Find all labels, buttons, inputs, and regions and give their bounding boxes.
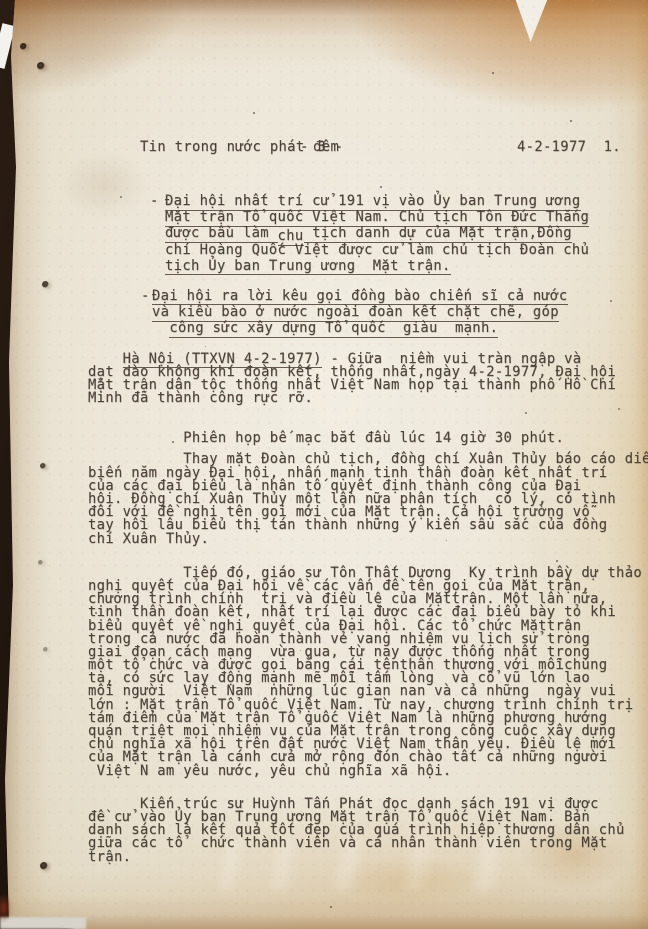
punch-hole	[40, 862, 48, 870]
photo-background: Tin trong nước phát đêm - 3 - 4-2-1977 1…	[0, 0, 648, 929]
document-date: 4-2-1977 1.	[517, 139, 621, 155]
ink-speck	[330, 906, 332, 908]
bullet-item: -Đại hội ra lời kêu gọi đồng bào chiến s…	[152, 288, 640, 337]
punch-hole	[40, 463, 46, 469]
paragraph: Thay mặt Đoàn chủ tịch, đồng chí Xuân Th…	[88, 453, 640, 545]
text-line: Đại hội nhất trí cử 191 vị vào Ủy ban Tr…	[165, 193, 640, 209]
document-page: Tin trong nước phát đêm - 3 - 4-2-1977 1…	[0, 0, 648, 929]
ink-speck	[253, 112, 255, 114]
punch-hole	[42, 281, 49, 288]
text-line: và kiều bào ở nước ngoài đoàn kết chặt c…	[152, 304, 640, 320]
edge-smudge	[0, 893, 12, 923]
text-line: Mặt trận Tổ quốc Việt Nam. Chủ tịch Tôn …	[165, 209, 640, 225]
text-line: Đại hội ra lời kêu gọi đồng bào chiến sĩ…	[152, 288, 640, 304]
page-number: - 3 -	[300, 139, 343, 155]
text-line: tịch Ủy ban Trung ương Mặt trận.	[165, 258, 640, 274]
punch-hole	[43, 647, 48, 652]
document-body: -Đại hội nhất trí cử 191 vị vào Ủy ban T…	[88, 193, 640, 864]
text-line: chí Xuân Thủy.	[88, 533, 640, 546]
text-line: được bầu làm chu tịch danh dự của Mặt tr…	[165, 225, 640, 241]
ink-speck	[492, 72, 494, 74]
paragraph: Tiếp đó, giáo sư Tôn Thất Dương Ky trình…	[88, 567, 640, 778]
typewritten-content: Tin trong nước phát đêm - 3 - 4-2-1977 1…	[88, 139, 640, 864]
text-line: trận.	[88, 851, 640, 864]
punch-hole	[20, 43, 27, 50]
bullet-dash: -	[150, 193, 159, 209]
bullet-dash: -	[141, 288, 150, 304]
text-line: Việt N am yêu nước, yêu chủ nghĩa xã hội…	[88, 765, 640, 778]
text-line: Phiên họp bế mạc bắt đầu lúc 14 giờ 30 p…	[88, 432, 640, 445]
background-surface-strip	[0, 917, 86, 929]
paragraph: Hà Nội (TTXVN 4-2-1977) - Giữa niềm vui …	[88, 353, 640, 406]
text-line: Minh đã thành công rực rỡ.	[88, 392, 640, 405]
document-header: Tin trong nước phát đêm - 3 - 4-2-1977 1…	[88, 139, 640, 155]
bullet-item: -Đại hội nhất trí cử 191 vị vào Ủy ban T…	[165, 193, 640, 274]
punch-hole	[37, 62, 45, 70]
ink-speck	[570, 120, 572, 122]
text-line: công sức xây dựng Tổ quốc giàu mạnh.	[152, 320, 640, 336]
paragraph: Kiến trúc sư Huỳnh Tấn Phát đọc danh sác…	[88, 798, 640, 864]
punch-hole	[38, 560, 43, 565]
text-line: chí Hoàng Quốc Việt được cử làm chủ tịch…	[165, 242, 640, 258]
text-line: giữa các tổ chức thành viên và cá nhân t…	[88, 837, 640, 850]
torn-corner-notch	[511, 0, 549, 43]
paragraph: Phiên họp bế mạc bắt đầu lúc 14 giờ 30 p…	[88, 432, 640, 445]
